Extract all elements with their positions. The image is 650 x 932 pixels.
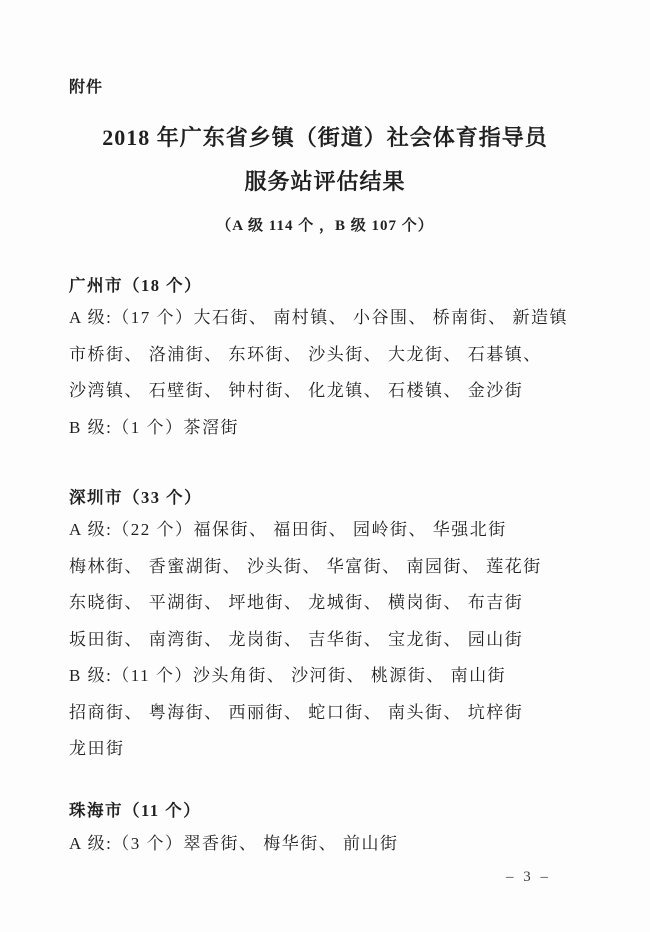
body-line: B 级:（1 个）茶滘街	[69, 410, 592, 447]
attachment-label: 附件	[69, 74, 103, 97]
body-line: 龙田街	[69, 731, 592, 768]
section-body-zhuhai: A 级:（3 个）翠香街、 梅华街、 前山街	[69, 826, 592, 863]
body-line: B 级:（11 个）沙头角街、 沙河街、 桃源街、 南山街	[69, 658, 592, 695]
body-line: 坂田街、 南湾街、 龙岗街、 吉华街、 宝龙街、 园山街	[69, 622, 592, 659]
document-title-line2: 服务站评估结果	[0, 165, 650, 196]
page-number: – 3 –	[506, 869, 551, 886]
body-line: A 级:（17 个）大石街、 南村镇、 小谷围、 桥南街、 新造镇	[69, 300, 592, 337]
body-line: 市桥街、 洛浦街、 东环街、 沙头街、 大龙街、 石碁镇、	[69, 337, 592, 374]
body-line: 东晓街、 平湖街、 坪地街、 龙城街、 横岗街、 布吉街	[69, 585, 592, 622]
section-heading-guangzhou: 广州市（18 个）	[69, 272, 202, 296]
body-line: 招商街、 粤海街、 西丽街、 蛇口街、 南头街、 坑梓街	[69, 695, 592, 732]
body-line: A 级:（22 个）福保街、 福田街、 园岭街、 华强北街	[69, 512, 592, 549]
section-body-guangzhou: A 级:（17 个）大石街、 南村镇、 小谷围、 桥南街、 新造镇 市桥街、 洛…	[69, 300, 592, 446]
document-subtitle: （A 级 114 个 ，B 级 107 个）	[0, 214, 650, 235]
section-body-shenzhen: A 级:（22 个）福保街、 福田街、 园岭街、 华强北街 梅林街、 香蜜湖街、…	[69, 512, 592, 768]
body-line: A 级:（3 个）翠香街、 梅华街、 前山街	[69, 826, 592, 863]
section-heading-shenzhen: 深圳市（33 个）	[69, 484, 202, 508]
body-line: 沙湾镇、 石壁街、 钟村街、 化龙镇、 石楼镇、 金沙街	[69, 373, 592, 410]
section-heading-zhuhai: 珠海市（11 个）	[69, 797, 201, 821]
document-title-line1: 2018 年广东省乡镇（街道）社会体育指导员	[0, 121, 650, 152]
document-page: 附件 2018 年广东省乡镇（街道）社会体育指导员 服务站评估结果 （A 级 1…	[0, 0, 650, 932]
body-line: 梅林街、 香蜜湖街、 沙头街、 华富街、 南园街、 莲花街	[69, 549, 592, 586]
